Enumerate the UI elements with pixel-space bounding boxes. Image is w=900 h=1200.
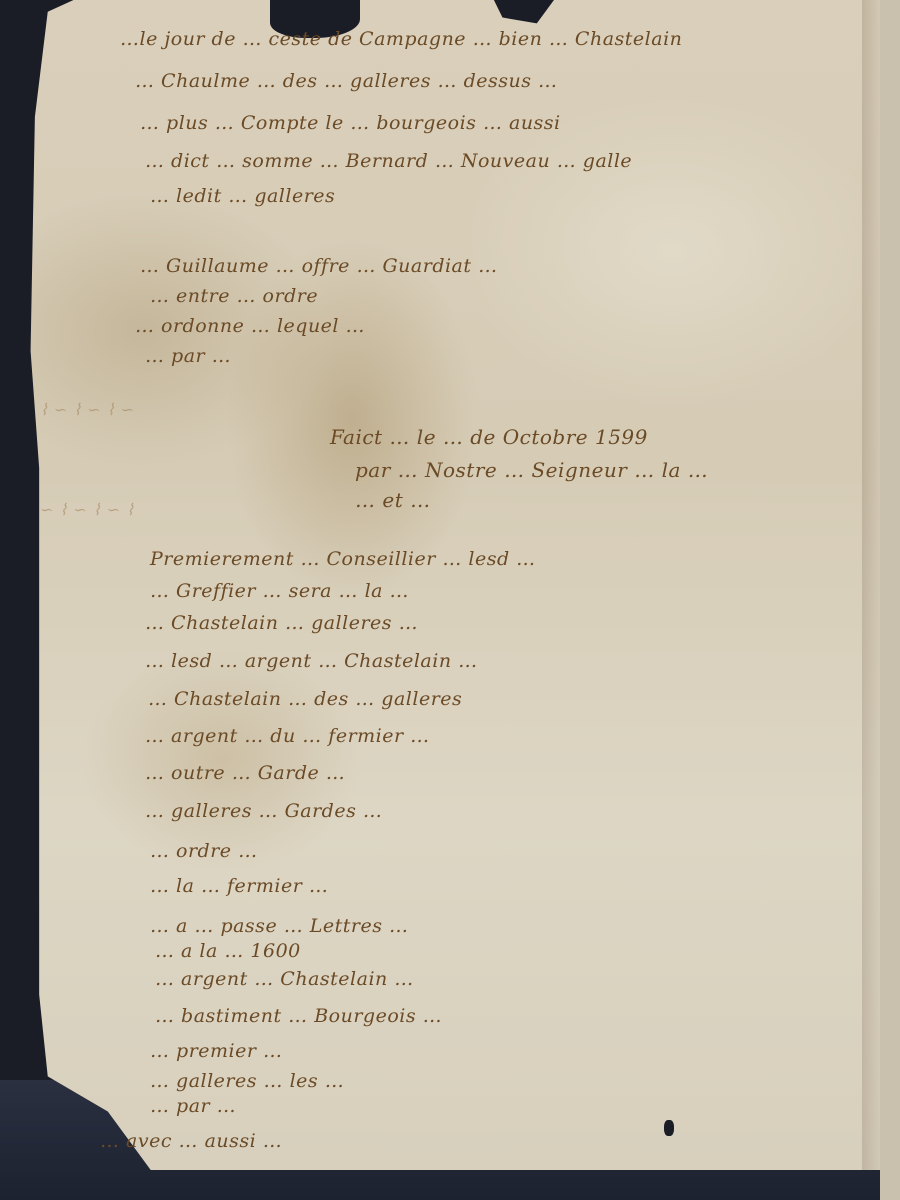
- manuscript-line: … avec … aussi …: [100, 1130, 282, 1152]
- manuscript-line: … bastiment … Bourgeois …: [155, 1005, 442, 1027]
- dated-line: … et …: [355, 488, 431, 512]
- manuscript-line: …le jour de … ceste de Campagne … bien ……: [120, 28, 682, 50]
- manuscript-line: … ordre …: [150, 840, 258, 862]
- manuscript-line: … dict … somme … Bernard … Nouveau … gal…: [145, 150, 632, 172]
- manuscript-line: … par …: [145, 345, 231, 367]
- manuscript-line: … ledit … galleres: [150, 185, 335, 207]
- manuscript-line: … a la … 1600: [155, 940, 301, 962]
- manuscript-line: … outre … Garde …: [145, 762, 345, 784]
- manuscript-line: … Guillaume … offre … Guardiat …: [140, 255, 498, 277]
- show-through-text: ∽ ⌇ ∽ ⌇ ∽ ⌇: [40, 500, 135, 519]
- manuscript-line: … galleres … les …: [150, 1070, 344, 1092]
- manuscript-line: … a … passe … Lettres …: [150, 915, 409, 937]
- manuscript-line: … galleres … Gardes …: [145, 800, 382, 822]
- adjacent-page-edge: [880, 0, 900, 1200]
- dated-line: par … Nostre … Seigneur … la …: [355, 458, 708, 482]
- worm-hole: [664, 1120, 674, 1136]
- manuscript-line: … Chastelain … galleres …: [145, 612, 418, 634]
- manuscript-line: … Greffier … sera … la …: [150, 580, 409, 602]
- manuscript-line: … Chaulme … des … galleres … dessus …: [135, 70, 558, 92]
- show-through-text: ⌇ ∽ ⌇ ∽ ⌇ ∽: [40, 400, 135, 419]
- dated-line: Faict … le … de Octobre 1599: [330, 425, 648, 449]
- manuscript-line: … argent … du … fermier …: [145, 725, 430, 747]
- manuscript-line: … argent … Chastelain …: [155, 968, 414, 990]
- manuscript-line: … plus … Compte le … bourgeois … aussi: [140, 112, 561, 134]
- manuscript-line: Premierement … Conseillier … lesd …: [150, 548, 536, 570]
- manuscript-line: … entre … ordre: [150, 285, 318, 307]
- manuscript-line: … premier …: [150, 1040, 283, 1062]
- manuscript-line: … la … fermier …: [150, 875, 328, 897]
- manuscript-line: … ordonne … lequel …: [135, 315, 365, 337]
- page-fold: [862, 0, 880, 1170]
- manuscript-line: … Chastelain … des … galleres: [148, 688, 462, 710]
- manuscript-line: … lesd … argent … Chastelain …: [145, 650, 478, 672]
- manuscript-line: … par …: [150, 1095, 236, 1117]
